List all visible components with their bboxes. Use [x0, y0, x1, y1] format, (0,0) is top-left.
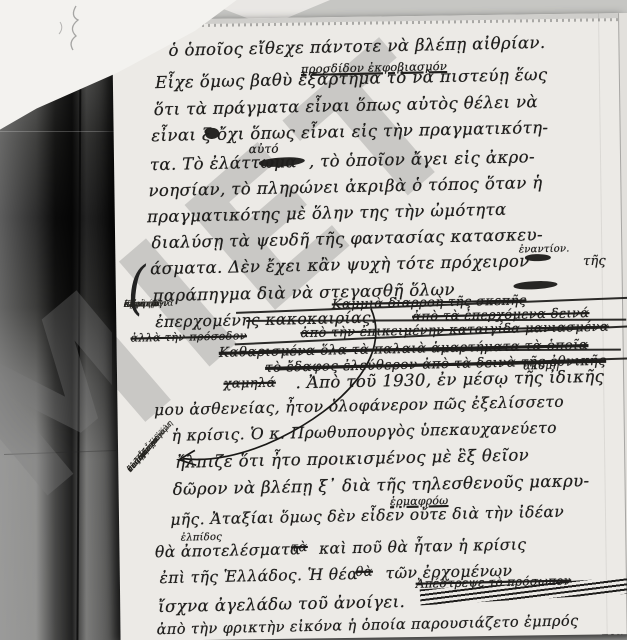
manuscript-line: Εἶχε ὅμως βαθὺ ἐξάρτημα τὸ νὰ πιστεύῃ ἕω…	[155, 65, 548, 92]
manuscript-line: πραγματικότης μὲ ὅλην της τὴν ὠμότητα	[147, 200, 507, 227]
manuscript-line: ἀλλὰ τὴν πρόσοδον	[130, 329, 247, 344]
manuscript-line: ἐναντίον.	[519, 243, 570, 255]
scribbled-word	[513, 280, 557, 290]
manuscript-line: τῆς	[583, 254, 606, 269]
manuscript-line: ὁ ὁποῖος εἴθεχε πάντοτε νὰ βλέπῃ αἰθρίαν…	[168, 33, 545, 60]
manuscript-line: θὰ	[355, 565, 373, 580]
manuscript-line: διαλύσῃ τὰ ψευδῆ τῆς φαντασίας κατασκευ-	[151, 225, 543, 252]
manuscript-page: ΜΙΕΤ ( Καμμιάπροσφυγιάδι᾽ ἃ τόἐξωτερι-κῶ…	[112, 13, 627, 640]
manuscript-line: ἀκόμη	[523, 359, 559, 373]
faint-scribble	[46, 2, 106, 62]
manuscript-line: ἐπὶ τῆς Ἑλλάδος. Ἡ θέα	[159, 565, 358, 587]
manuscript-line: τὰ	[291, 540, 308, 555]
manuscript-line: εἶναι ξ ὄχι ὅπως εἶναι εἰς τὴν πραγματικ…	[151, 118, 548, 145]
manuscript-scan: ΜΙΕΤ ΜΙΕΤ ( Καμμιάπροσφυγιάδι᾽ ἃ τόἐξωτε…	[0, 0, 627, 640]
manuscript-line: νοησίαν, τὸ πληρώνει ἀκριβὰ ὁ τόπος ὅταν…	[148, 173, 543, 200]
handwriting-layer: ( Καμμιάπροσφυγιάδι᾽ ἃ τόἐξωτερι-κῶνσυμφ…	[112, 13, 627, 640]
manuscript-line: χαμηλά	[223, 376, 276, 392]
manuscript-line: , τὸ ὁποῖον ἄγει εἰς ἀκρο-	[309, 147, 535, 171]
margin-parenthesis: (	[127, 253, 147, 321]
manuscript-line: ἀπὸ τὴν φρικτὴν εἰκόνα ἡ ὁποία παρουσιάζ…	[156, 613, 578, 638]
manuscript-line: τα. Τὸ ἐλάττωμα	[150, 152, 297, 174]
manuscript-line: άσματα. Δὲν ἔχει κἂν ψυχὴ τότε πρόχειρον	[150, 251, 530, 278]
manuscript-line: ἴσχνα ἀγελάδω τοῦ ἀνοίγει.	[158, 592, 405, 616]
manuscript-line: του	[601, 628, 625, 640]
manuscript-line: καὶ ποῦ θὰ ἦταν ἡ κρίσις	[319, 535, 527, 557]
manuscript-line: ὅτι τὰ πράγματα εἶναι ὅπως αὐτὸς θέλει ν…	[154, 92, 539, 119]
manuscript-line: θὰ ἀποτελέσματα	[155, 540, 301, 561]
